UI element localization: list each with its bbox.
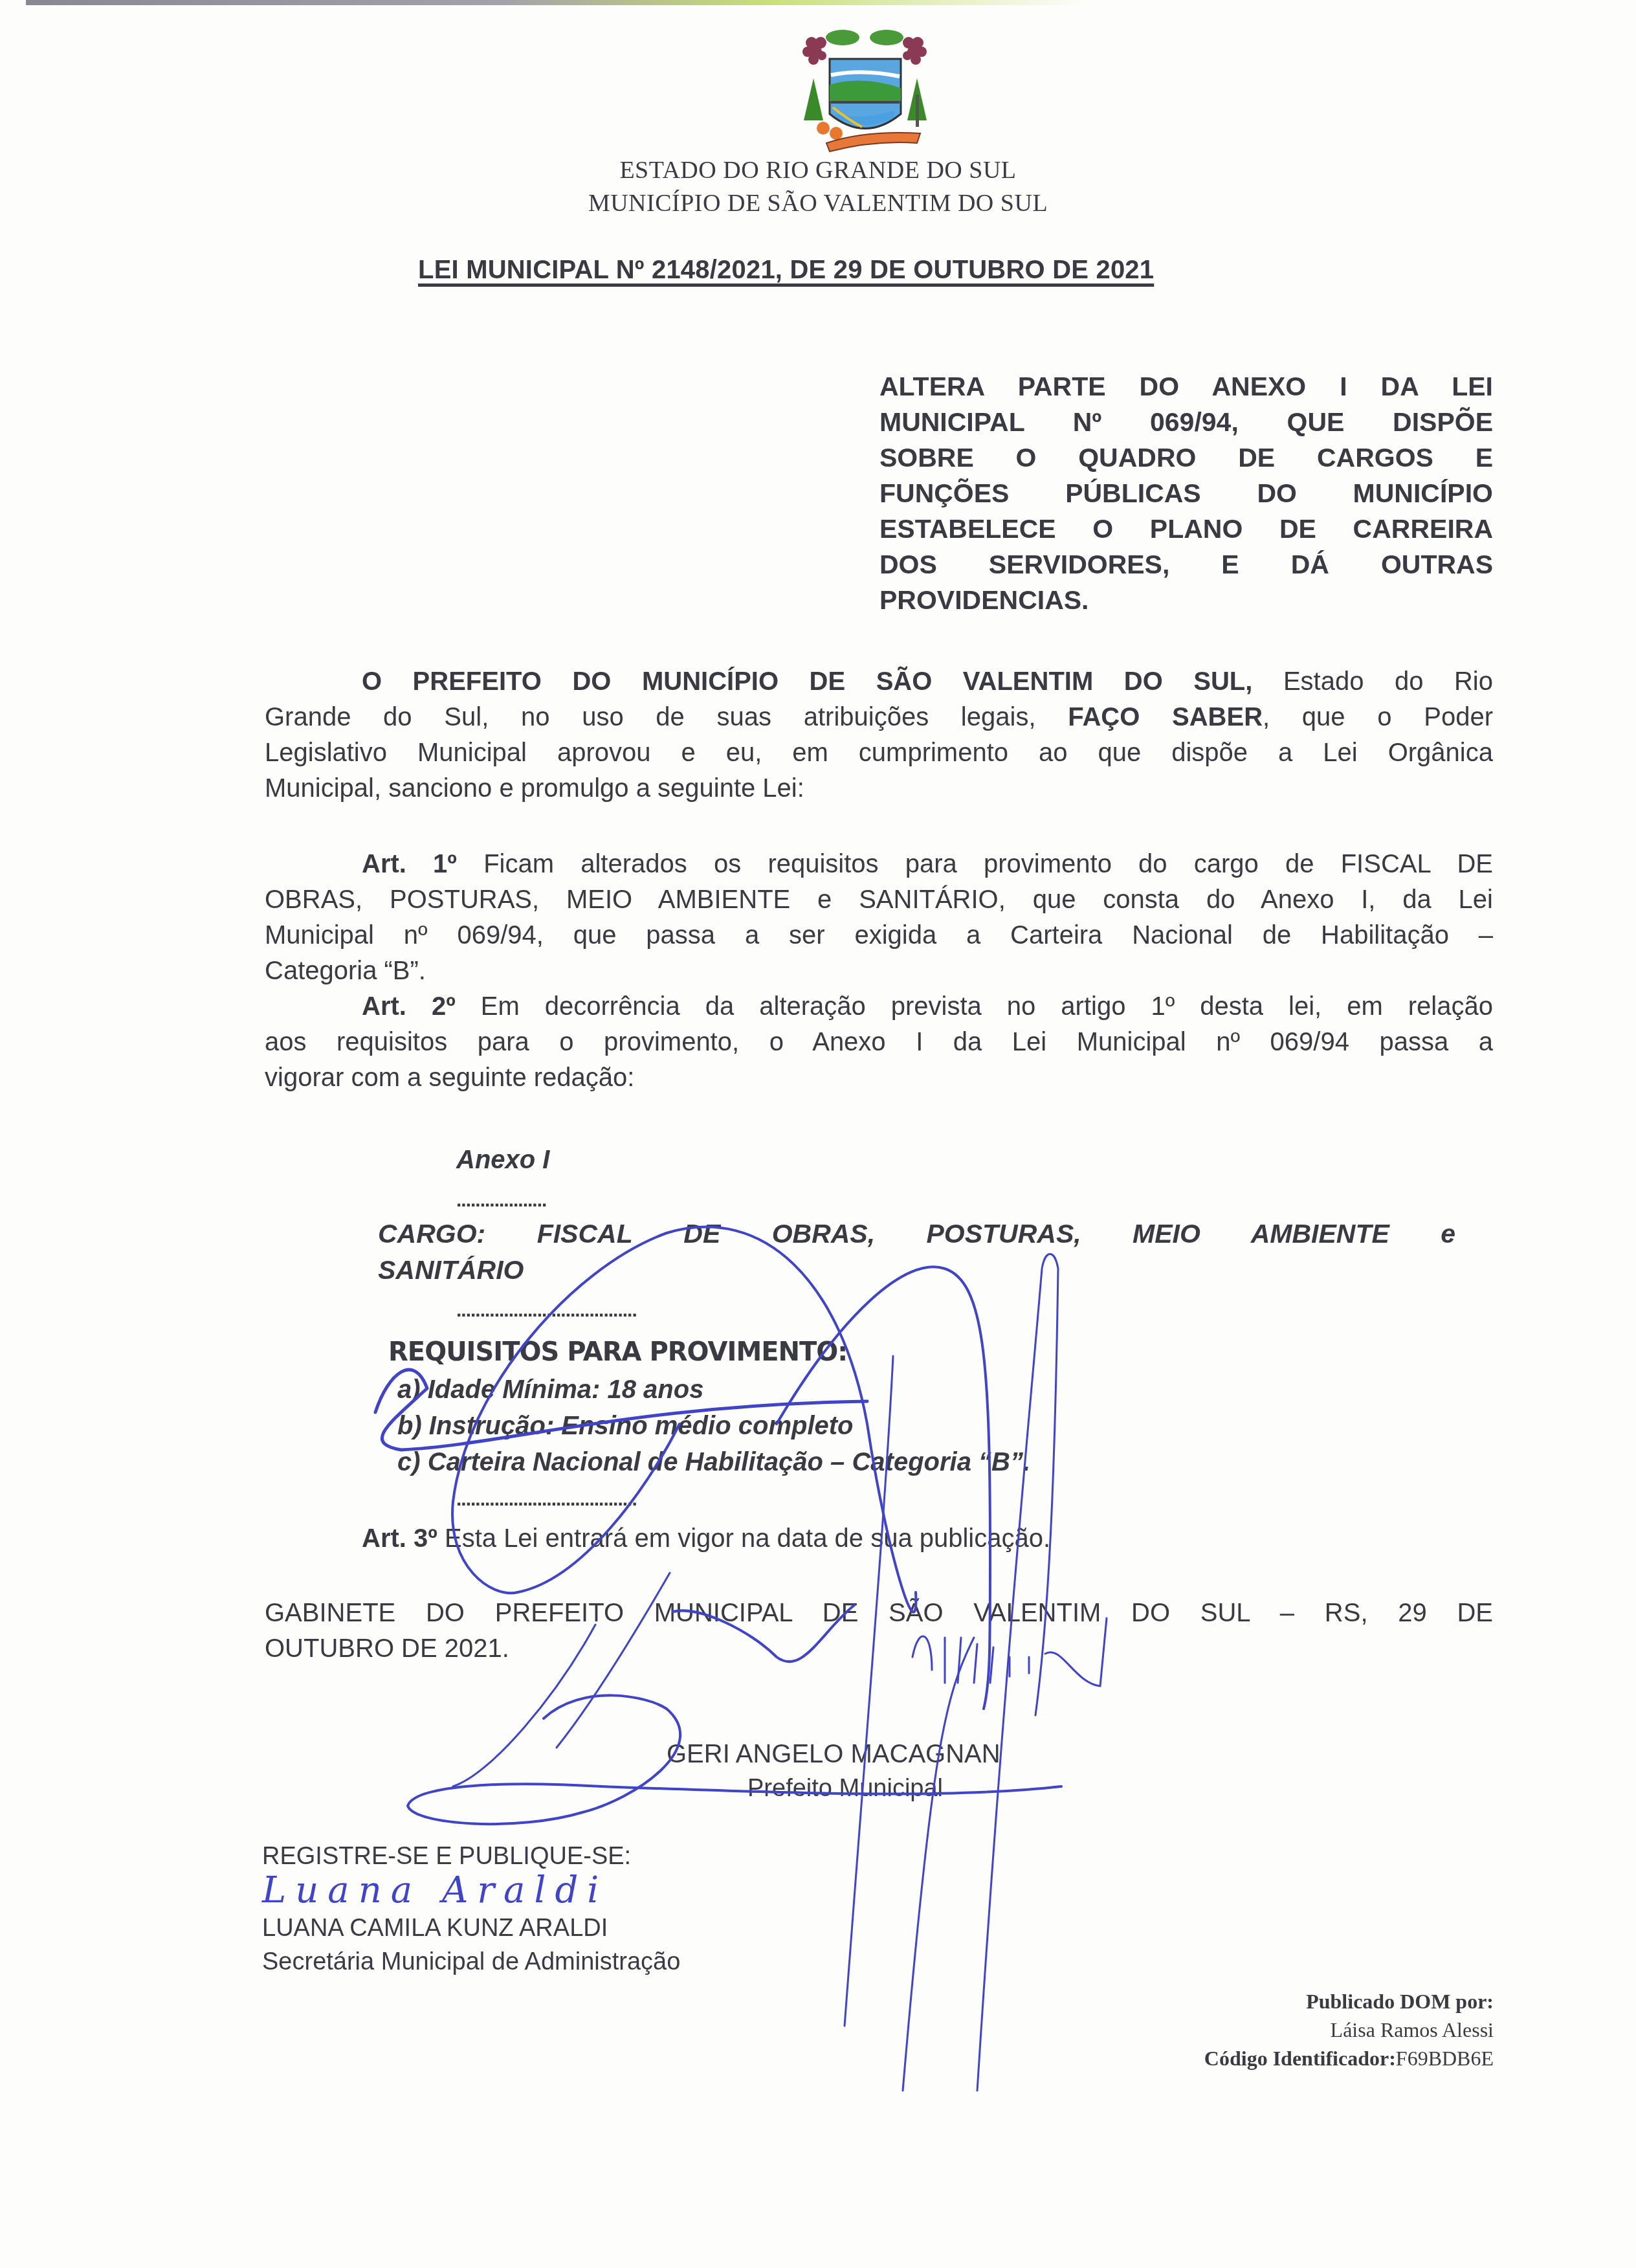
article-text: Em decorrência da alteração prevista no … — [456, 992, 1493, 1021]
publication-label: Publicado DOM por: — [1204, 1987, 1494, 2016]
article-label: Art. 3º — [362, 1524, 437, 1553]
article-line: aos requisitos para o provimento, o Anex… — [265, 1025, 1493, 1060]
requirement-item: a) Idade Mínima: 18 anos — [397, 1375, 703, 1405]
secretary-role: Secretária Municipal de Administração — [262, 1948, 680, 1976]
preamble-text: Grande do Sul, no uso de suas atribuiçõe… — [265, 703, 1068, 731]
identifier-label: Código Identificador: — [1204, 2047, 1396, 2070]
preamble-text: Estado do Rio — [1252, 667, 1493, 696]
publication-block: Publicado DOM por: Láisa Ramos Alessi Có… — [1204, 1987, 1494, 2073]
closing-line: OUTUBRO DE 2021. — [265, 1631, 1493, 1667]
identifier: Código Identificador:F69BDB6E — [1204, 2044, 1494, 2073]
article-line: Municipal nº 069/94, que passa a ser exi… — [265, 918, 1493, 953]
preamble-line: Municipal, sanciono e promulgo a seguint… — [265, 771, 1493, 806]
state-line: ESTADO DO RIO GRANDE DO SUL — [0, 156, 1636, 184]
requirement-item: b) Instrução: Ensino médio completo — [397, 1412, 854, 1441]
summary-line: ESTABELECE O PLANO DE CARREIRA — [879, 511, 1493, 547]
secretary-name: LUANA CAMILA KUNZ ARALDI — [262, 1915, 608, 1942]
summary-line: FUNÇÕES PÚBLICAS DO MUNICÍPIO — [879, 476, 1493, 511]
mayor-role: Prefeito Municipal — [747, 1775, 943, 1803]
faco-saber: FAÇO SABER — [1068, 703, 1263, 731]
identifier-code: F69BDB6E — [1396, 2047, 1494, 2070]
article-1: Art. 1º Ficam alterados os requisitos pa… — [265, 847, 1493, 989]
handwritten-signature-icon — [0, 0, 1636, 2268]
annex-dots: ................... — [456, 1190, 546, 1212]
law-title: LEI MUNICIPAL Nº 2148/2021, DE 29 DE OUT… — [418, 256, 1154, 285]
article-line: OBRAS, POSTURAS, MEIO AMBIENTE e SANITÁR… — [265, 882, 1493, 918]
article-line: Art. 3º Esta Lei entrará em vigor na dat… — [265, 1521, 1493, 1557]
article-line: Art. 2º Em decorrência da alteração prev… — [265, 989, 1493, 1025]
municipality-line: MUNICÍPIO DE SÃO VALENTIM DO SUL — [0, 189, 1636, 217]
summary-line: DOS SERVIDORES, E DÁ OUTRAS — [879, 547, 1493, 583]
summary-line: ALTERA PARTE DO ANEXO I DA LEI — [879, 369, 1493, 405]
closing-line: GABINETE DO PREFEITO MUNICIPAL DE SÃO VA… — [265, 1595, 1493, 1631]
article-2: Art. 2º Em decorrência da alteração prev… — [265, 989, 1493, 1096]
annex-dots: ...................................... — [456, 1300, 637, 1322]
annex-heading: Anexo I — [456, 1146, 549, 1175]
scan-edge — [26, 0, 1087, 5]
preamble-line: Legislativo Municipal aprovou e eu, em c… — [265, 735, 1493, 771]
preamble-line: Grande do Sul, no uso de suas atribuiçõe… — [265, 700, 1493, 735]
annex-cargo: CARGO: FISCAL DE OBRAS, POSTURAS, MEIO A… — [378, 1216, 1455, 1288]
preamble-line: O PREFEITO DO MUNICÍPIO DE SÃO VALENTIM … — [265, 664, 1493, 700]
publisher-name: Láisa Ramos Alessi — [1204, 2016, 1494, 2044]
mayor-heading: O PREFEITO DO MUNICÍPIO DE SÃO VALENTIM … — [362, 667, 1252, 696]
annex-dots: ...................................... — [456, 1489, 637, 1511]
preamble-text: , que o Poder — [1263, 703, 1493, 731]
cargo-line: SANITÁRIO — [378, 1252, 1455, 1288]
article-text: Esta Lei entrará em vigor na data de sua… — [437, 1524, 1050, 1553]
summary-line: SOBRE O QUADRO DE CARGOS E — [879, 440, 1493, 476]
summary-line: PROVIDENCIAS. — [879, 583, 1493, 618]
mayor-name: GERI ANGELO MACAGNAN — [667, 1740, 1000, 1769]
article-label: Art. 2º — [362, 992, 456, 1021]
preamble: O PREFEITO DO MUNICÍPIO DE SÃO VALENTIM … — [265, 664, 1493, 806]
registration-label: REGISTRE-SE E PUBLIQUE-SE: — [262, 1843, 631, 1871]
article-line: Art. 1º Ficam alterados os requisitos pa… — [265, 847, 1493, 882]
article-line: Categoria “B”. — [265, 953, 1493, 989]
article-text: Ficam alterados os requisitos para provi… — [457, 850, 1493, 878]
secretary-signature: Luana Araldi — [262, 1869, 608, 1911]
requirements-heading: REQUISITOS PARA PROVIMENTO: — [388, 1337, 847, 1367]
requirement-item: c) Carteira Nacional de Habilitação – Ca… — [397, 1448, 1030, 1477]
coat-of-arms-icon — [797, 23, 933, 153]
law-summary: ALTERA PARTE DO ANEXO I DA LEI MUNICIPAL… — [879, 369, 1493, 618]
summary-line: MUNICIPAL Nº 069/94, QUE DISPÕE — [879, 405, 1493, 440]
article-label: Art. 1º — [362, 850, 457, 878]
article-3: Art. 3º Esta Lei entrará em vigor na dat… — [265, 1521, 1493, 1557]
cargo-line: CARGO: FISCAL DE OBRAS, POSTURAS, MEIO A… — [378, 1216, 1455, 1252]
closing: GABINETE DO PREFEITO MUNICIPAL DE SÃO VA… — [265, 1595, 1493, 1667]
article-line: vigorar com a seguinte redação: — [265, 1060, 1493, 1096]
